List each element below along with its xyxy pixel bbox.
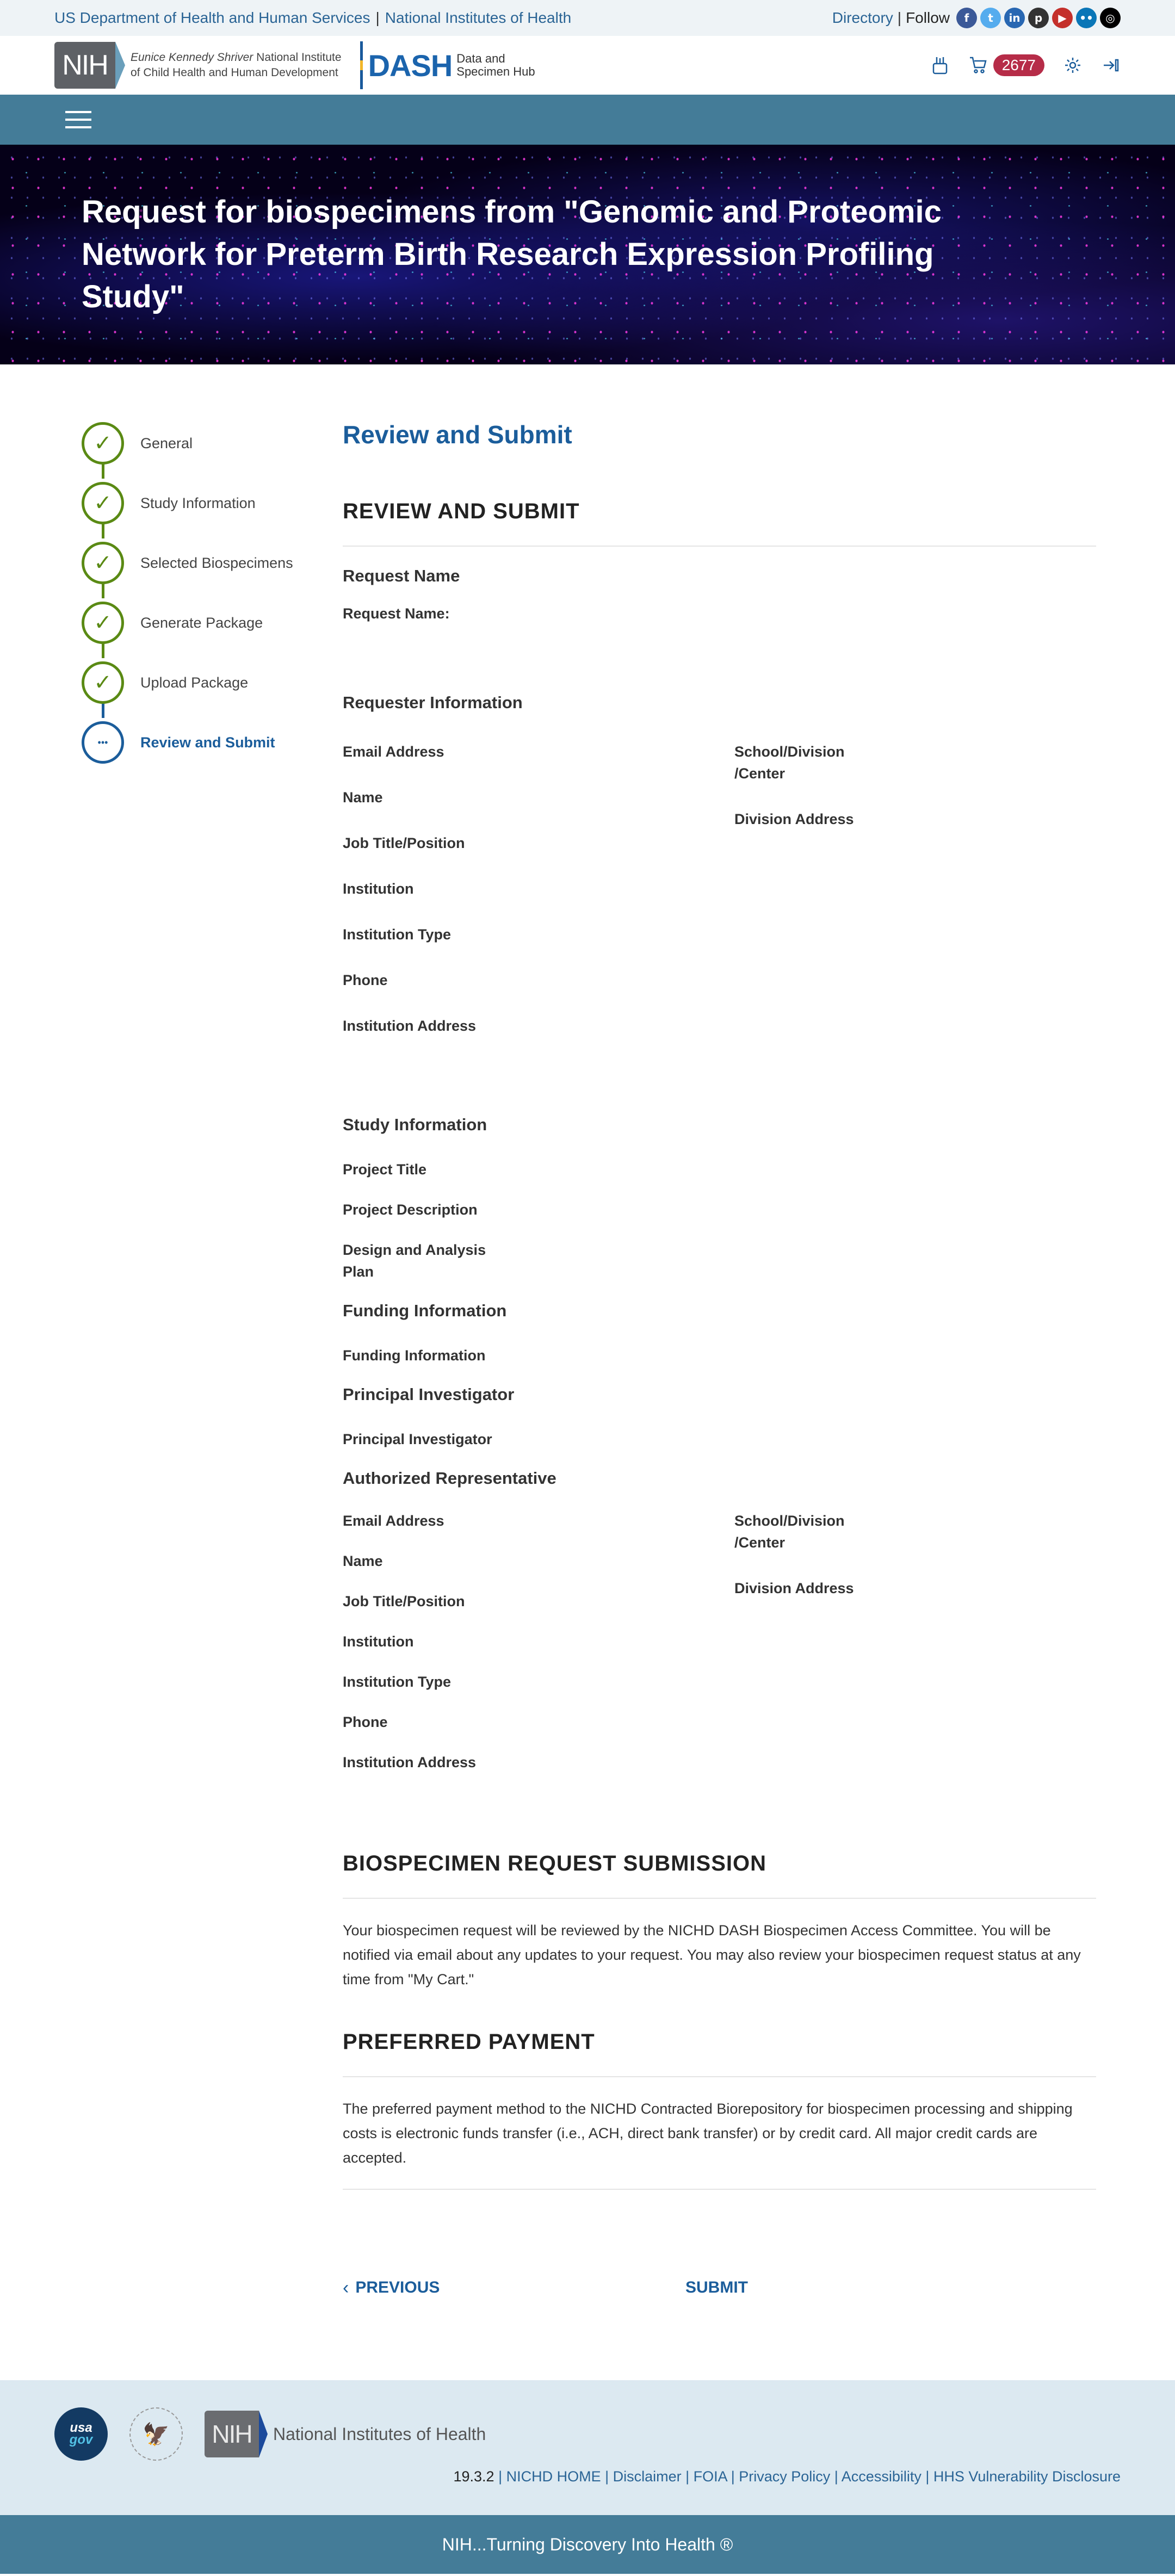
auth-rep-label-phone: Phone [343, 1711, 734, 1733]
step-generate-package[interactable]: ✓Generate Package [82, 593, 343, 653]
funding-heading: Funding Information [343, 1301, 1096, 1321]
requester-fields: Email AddressNameJob Title/PositionInsti… [343, 741, 1096, 1061]
footer-link-hhs-vulnerability-disclosure[interactable]: HHS Vulnerability Disclosure [933, 2468, 1121, 2485]
review-content: Review and Submit REVIEW AND SUBMIT Requ… [343, 413, 1096, 2304]
separator: | [898, 9, 901, 27]
step-label: Review and Submit [140, 734, 275, 751]
dash-subtitle: Data and Specimen Hub [456, 52, 535, 78]
study-info-heading: Study Information [343, 1115, 1096, 1135]
facebook-icon[interactable]: f [956, 8, 977, 28]
separator: | [830, 2468, 842, 2485]
version-label: 19.3.2 [453, 2468, 494, 2485]
step-label: Study Information [140, 495, 256, 512]
check-icon: ✓ [82, 482, 124, 524]
step-selected-biospecimens[interactable]: ✓Selected Biospecimens [82, 533, 343, 593]
requester-label-school-division-center: School/Division /Center [734, 741, 859, 784]
step-label: Generate Package [140, 615, 263, 631]
auth-rep-label-division-address: Division Address [734, 1577, 859, 1599]
study-label-design-and-analysis-plan: Design and Analysis Plan [343, 1239, 500, 1283]
request-name-heading: Request Name [343, 566, 1096, 586]
auth-rep-label-email-address: Email Address [343, 1510, 734, 1532]
study-label-project-title: Project Title [343, 1159, 500, 1180]
requester-label-name: Name [343, 787, 734, 808]
chevron-left-icon: ‹ [343, 2277, 349, 2299]
footer: usagov 🦅 NIH National Institutes of Heal… [0, 2380, 1175, 2515]
flickr-icon[interactable]: •• [1076, 8, 1097, 28]
logo-divider [360, 41, 363, 89]
auth-rep-label-institution-address: Institution Address [343, 1751, 734, 1773]
separator: | [498, 2468, 506, 2485]
step-upload-package[interactable]: ✓Upload Package [82, 653, 343, 713]
check-icon: ✓ [82, 422, 124, 465]
auth-rep-label-name: Name [343, 1550, 734, 1572]
directory-link[interactable]: Directory [832, 9, 893, 27]
nih-link[interactable]: National Institutes of Health [385, 9, 571, 27]
request-name-label: Request Name: [343, 605, 1096, 622]
auth-rep-label-institution-type: Institution Type [343, 1671, 734, 1693]
pi-field-label: Principal Investigator [343, 1428, 1096, 1450]
nih-chevron [115, 42, 125, 89]
nichd-dash-logo[interactable]: NIH Eunice Kennedy Shriver National Inst… [54, 41, 535, 89]
payment-heading: PREFERRED PAYMENT [343, 2030, 1096, 2077]
footer-link-accessibility[interactable]: Accessibility [842, 2468, 922, 2485]
pi-heading: Principal Investigator [343, 1385, 1096, 1404]
pinterest-icon[interactable]: p [1028, 8, 1049, 28]
submission-heading: BIOSPECIMEN REQUEST SUBMISSION [343, 1852, 1096, 1899]
page-heading: Request for biospecimens from "Genomic a… [82, 191, 1006, 318]
previous-button[interactable]: ‹ PREVIOUS [343, 2277, 685, 2299]
auth-rep-label-school-division-center: School/Division /Center [734, 1510, 859, 1553]
auth-rep-label-institution: Institution [343, 1631, 734, 1652]
page-title: Review and Submit [343, 420, 1096, 449]
utility-bar: US Department of Health and Human Servic… [0, 0, 1175, 36]
separator: | [601, 2468, 613, 2485]
footer-tagline: NIH...Turning Discovery Into Health ® [0, 2515, 1175, 2574]
cart-count-badge: 2677 [993, 54, 1044, 76]
separator: | [922, 2468, 933, 2485]
follow-label: Follow [906, 9, 950, 27]
requester-label-institution: Institution [343, 878, 734, 900]
step-label: Selected Biospecimens [140, 555, 293, 572]
separator: | [682, 2468, 694, 2485]
step-general[interactable]: ✓General [82, 413, 343, 473]
youtube-icon[interactable]: ▶ [1052, 8, 1073, 28]
footer-link-privacy-policy[interactable]: Privacy Policy [739, 2468, 830, 2485]
footer-link-foia[interactable]: FOIA [694, 2468, 727, 2485]
submit-button[interactable]: SUBMIT [685, 2278, 748, 2297]
institute-name: Eunice Kennedy Shriver National Institut… [131, 50, 342, 81]
nih-logo: NIH [54, 42, 115, 89]
requester-label-email-address: Email Address [343, 741, 734, 763]
requester-label-institution-type: Institution Type [343, 924, 734, 945]
submission-text: Your biospecimen request will be reviewe… [343, 1918, 1096, 1992]
check-icon: ✓ [82, 542, 124, 584]
footer-link-disclaimer[interactable]: Disclaimer [613, 2468, 682, 2485]
payment-text: The preferred payment method to the NICH… [343, 2097, 1096, 2170]
ellipsis-icon: ••• [82, 721, 124, 764]
nav-bar [0, 95, 1175, 145]
twitter-icon[interactable]: t [980, 8, 1001, 28]
check-icon: ✓ [82, 661, 124, 704]
funding-field-label: Funding Information [343, 1345, 1096, 1366]
separator: | [376, 9, 380, 27]
dash-logo: DASH [368, 48, 453, 83]
requester-label-division-address: Division Address [734, 808, 859, 830]
study-fields: Project TitleProject DescriptionDesign a… [343, 1159, 1096, 1283]
auth-rep-label-job-title-position: Job Title/Position [343, 1590, 734, 1612]
cart-icon [968, 55, 988, 75]
separator: | [727, 2468, 739, 2485]
requester-heading: Requester Information [343, 693, 1096, 713]
footer-links: 19.3.2 | NICHD HOME | Disclaimer | FOIA … [453, 2468, 1121, 2485]
hhs-link[interactable]: US Department of Health and Human Servic… [54, 9, 370, 27]
cart-button[interactable]: 2677 [968, 54, 1044, 76]
linkedin-icon[interactable]: in [1004, 8, 1025, 28]
divider [343, 2189, 1096, 2190]
section-review-heading: REVIEW AND SUBMIT [343, 499, 1096, 547]
authorized-rep-fields: Email AddressNameJob Title/PositionInsti… [343, 1510, 1096, 1792]
hero-banner: Request for biospecimens from "Genomic a… [0, 145, 1175, 364]
progress-stepper: ✓General✓Study Information✓Selected Bios… [0, 413, 343, 2304]
requester-label-phone: Phone [343, 969, 734, 991]
check-icon: ✓ [82, 602, 124, 644]
brand-header: NIH Eunice Kennedy Shriver National Inst… [0, 36, 1175, 95]
step-study-information[interactable]: ✓Study Information [82, 473, 343, 533]
usagov-logo[interactable]: usagov [54, 2407, 108, 2461]
instagram-icon[interactable]: ◎ [1100, 8, 1121, 28]
menu-icon[interactable] [65, 111, 91, 128]
study-label-project-description: Project Description [343, 1199, 500, 1221]
sign-in-icon[interactable] [1101, 55, 1121, 75]
hhs-seal-logo[interactable]: 🦅 [129, 2407, 183, 2461]
footer-link-nichd-home[interactable]: NICHD HOME [506, 2468, 601, 2485]
toolkit-icon[interactable] [930, 55, 950, 75]
step-label: General [140, 435, 193, 452]
step-review-and-submit[interactable]: •••Review and Submit [82, 713, 343, 772]
authorized-rep-heading: Authorized Representative [343, 1469, 1096, 1488]
nih-footer-logo[interactable]: NIH National Institutes of Health [205, 2411, 486, 2457]
gear-icon[interactable] [1063, 55, 1083, 75]
requester-label-institution-address: Institution Address [343, 1015, 734, 1037]
step-label: Upload Package [140, 674, 248, 691]
requester-label-job-title-position: Job Title/Position [343, 832, 734, 854]
